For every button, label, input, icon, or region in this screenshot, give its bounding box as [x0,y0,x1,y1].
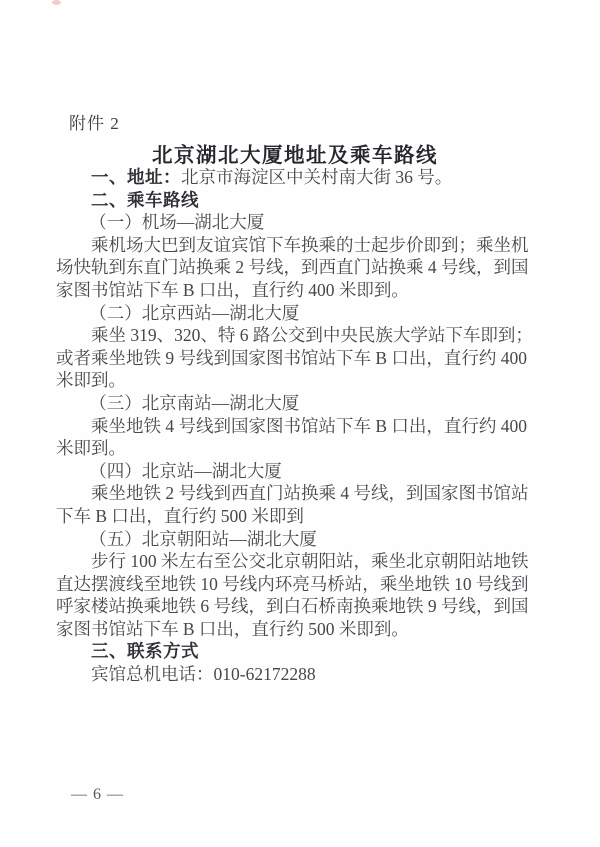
text-line: （二）北京西站—湖北大厦 [56,302,534,325]
text-line-body: （五）北京朝阳站—湖北大厦 [89,529,317,549]
text-line-body: （三）北京南站—湖北大厦 [89,393,299,413]
text-line-body: 宾馆总机电话：010-62172288 [91,664,316,684]
text-line: 步行 100 米左右至公交北京朝阳站，乘坐北京朝阳站地铁 [56,550,534,573]
text-line: 宾馆总机电话：010-62172288 [56,663,534,686]
text-line: 米即到。 [56,437,534,460]
attachment-label: 附件 2 [69,109,120,134]
text-line: 家图书馆站下车 B 口出，直行约 500 米即到。 [56,618,534,641]
text-line-body: 家图书馆站下车 B 口出，直行约 400 米即到。 [56,280,409,300]
text-line: （五）北京朝阳站—湖北大厦 [56,528,534,551]
scanned-document-page: 附件 2 北京湖北大厦地址及乘车路线 一、地址：北京市海淀区中关村南大街 36 … [0,0,600,847]
text-line-body: 乘机场大巴到友谊宾馆下车换乘的士起步价即到；乘坐机 [91,235,529,255]
text-line: 或者乘坐地铁 9 号线到国家图书馆站下车 B 口出，直行约 400 [56,347,534,370]
text-line: 场快轨到东直门站换乘 2 号线，到西直门站换乘 4 号线，到国 [56,256,534,279]
text-line: 乘机场大巴到友谊宾馆下车换乘的士起步价即到；乘坐机 [56,234,534,257]
text-line-body: （四）北京站—湖北大厦 [89,461,282,481]
text-line: （四）北京站—湖北大厦 [56,460,534,483]
text-line: 乘坐地铁 2 号线到西直门站换乘 4 号线，到国家图书馆站 [56,482,534,505]
document-title: 北京湖北大厦地址及乘车路线 [56,138,534,168]
text-line: 乘坐 319、320、特 6 路公交到中央民族大学站下车即到； [56,324,534,347]
page-number: — 6 — [71,786,124,804]
text-line: 家图书馆站下车 B 口出，直行约 400 米即到。 [56,279,534,302]
text-line: （一）机场—湖北大厦 [56,211,534,234]
text-line-body: （一）机场—湖北大厦 [89,212,264,232]
text-line-body: 直达摆渡线至地铁 10 号线内环亮马桥站，乘坐地铁 10 号线到 [56,574,529,594]
text-line-body: 乘坐地铁 4 号线到国家图书馆站下车 B 口出，直行约 400 [91,416,527,436]
text-line: 下车 B 口出，直行约 500 米即到 [56,505,534,528]
scan-artifact [52,0,61,5]
document-lines: 一、地址：北京市海淀区中关村南大街 36 号。二、乘车路线（一）机场—湖北大厦乘… [56,166,534,686]
text-line-body: 或者乘坐地铁 9 号线到国家图书馆站下车 B 口出，直行约 400 [56,348,527,368]
text-line: （三）北京南站—湖北大厦 [56,392,534,415]
text-line: 一、地址：北京市海淀区中关村南大街 36 号。 [56,166,534,189]
text-line-body: 家图书馆站下车 B 口出，直行约 500 米即到。 [56,619,409,639]
text-line-body: 米即到。 [56,370,126,390]
text-line: 乘坐地铁 4 号线到国家图书馆站下车 B 口出，直行约 400 [56,415,534,438]
text-line-body: （二）北京西站—湖北大厦 [89,303,299,323]
text-line-body: 场快轨到东直门站换乘 2 号线，到西直门站换乘 4 号线，到国 [56,257,529,277]
text-line-body: 乘坐 319、320、特 6 路公交到中央民族大学站下车即到； [91,325,533,345]
text-line: 二、乘车路线 [56,189,534,212]
text-line: 米即到。 [56,369,534,392]
text-line-body: 下车 B 口出，直行约 500 米即到 [56,506,304,526]
text-line-bold-prefix: 三、联系方式 [91,641,199,661]
text-line-body: 北京市海淀区中关村南大街 36 号。 [181,167,452,187]
text-line: 三、联系方式 [56,640,534,663]
text-line-body: 步行 100 米左右至公交北京朝阳站，乘坐北京朝阳站地铁 [91,551,529,571]
text-line-bold-prefix: 二、乘车路线 [91,190,199,210]
text-line: 呼家楼站换乘地铁 6 号线，到白石桥南换乘地铁 9 号线，到国 [56,595,534,618]
text-line-bold-prefix: 一、地址： [91,167,181,187]
text-line-body: 乘坐地铁 2 号线到西直门站换乘 4 号线，到国家图书馆站 [91,483,529,503]
text-line-body: 米即到。 [56,438,126,458]
text-line-body: 呼家楼站换乘地铁 6 号线，到白石桥南换乘地铁 9 号线，到国 [56,596,529,616]
text-line: 直达摆渡线至地铁 10 号线内环亮马桥站，乘坐地铁 10 号线到 [56,573,534,596]
